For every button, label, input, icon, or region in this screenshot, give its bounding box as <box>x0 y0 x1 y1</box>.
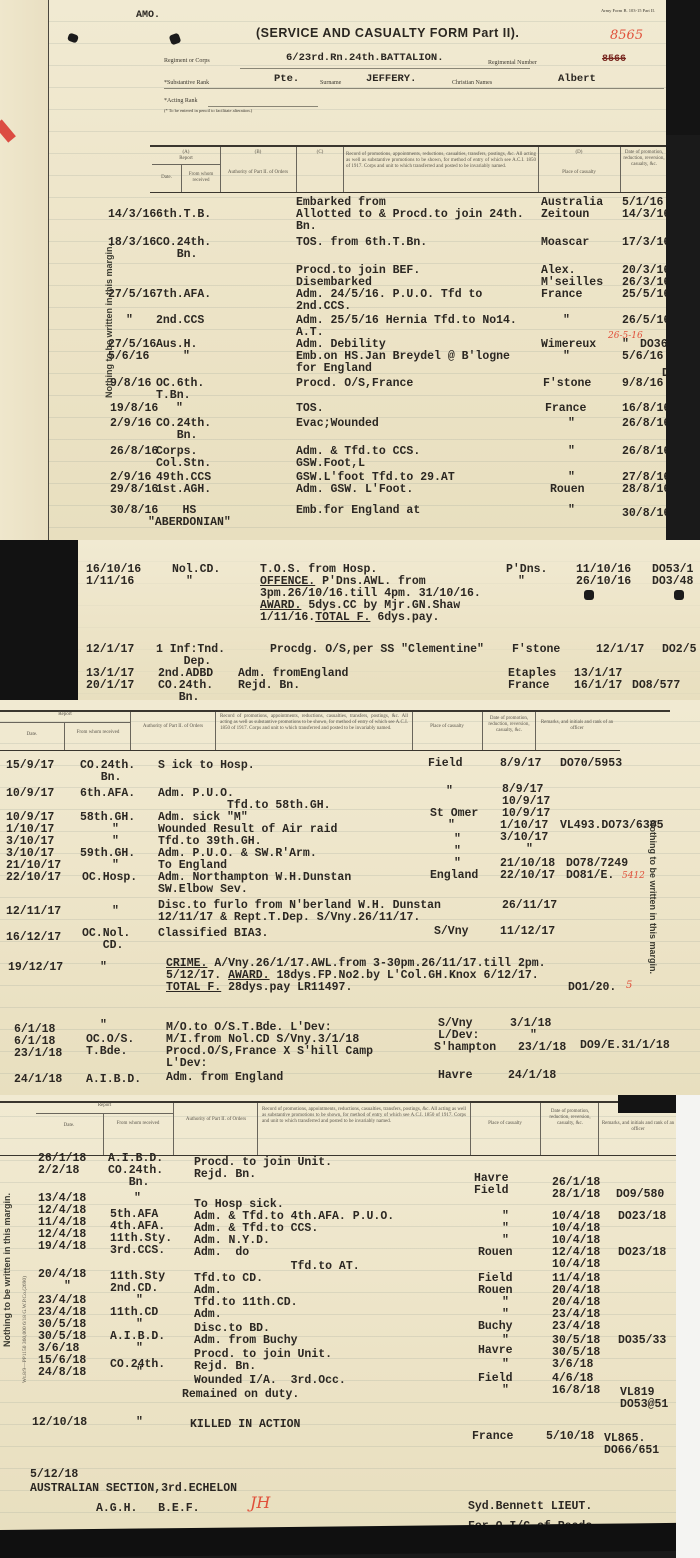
cell-text: P'Dns. <box>506 564 547 576</box>
background-white <box>676 1095 700 1558</box>
cell-text: 5/6/16 <box>622 351 663 363</box>
cell-text: 24/1/18 <box>14 1074 62 1086</box>
cell-text: DO23/18 <box>618 1211 666 1223</box>
cell-text: " <box>100 1020 107 1032</box>
cell-text: 23/1/18 <box>518 1042 566 1054</box>
christian-names-value: Albert <box>558 73 596 85</box>
rank-label: *Substantive Rank <box>164 80 209 86</box>
cell-text: 3/10/17 <box>500 832 548 844</box>
punch-hole <box>67 33 79 44</box>
record-entry: TOS. <box>296 403 324 415</box>
cell-text: Aus.H. <box>156 339 197 351</box>
cell-text: " <box>563 315 570 327</box>
record-entry: Classified BIA3. <box>158 928 268 940</box>
signatory: Syd.Bennett LIEUT. <box>468 1501 592 1513</box>
record-entry: Emb.for England at <box>296 505 420 517</box>
regiment-label: Regiment or Corps <box>164 58 210 64</box>
cell-text: Rouen <box>478 1247 513 1259</box>
rank-value: Pte. <box>274 73 299 85</box>
red-handwritten-number: 8565 <box>610 28 643 43</box>
cell-text: CO.24th. Bn. <box>108 1165 163 1189</box>
form-sheet-page-1: AMO. (SERVICE AND CASUALTY FORM Part II)… <box>48 0 666 540</box>
cell-text: " <box>448 820 455 832</box>
col-header-authority: Authority of Part II. of Orders <box>222 170 294 176</box>
cell-text: 2nd.CD. <box>110 1283 158 1295</box>
cell-text: 6th.T.B. <box>156 209 211 221</box>
christian-names-label: Christian Names <box>452 80 492 86</box>
cell-text: VL493.DO73/6305 <box>560 820 664 832</box>
cell-text: 12/1/17 <box>596 644 644 656</box>
cell-text: " <box>502 1385 509 1397</box>
cell-text: 12/10/18 <box>32 1417 87 1429</box>
cell-text: 20/4/18 <box>38 1269 86 1281</box>
red-annotation: 26-5-16 <box>608 330 643 342</box>
cell-text: Buchy <box>478 1321 513 1333</box>
cell-text: 8/9/17 10/9/17 <box>502 784 550 808</box>
col-header-date-of: Date of promotion, reduction, reversion,… <box>622 150 666 168</box>
record-entry: Adm. do <box>194 1247 249 1259</box>
cell-text: F'stone <box>512 644 560 656</box>
cell-text: 30/8/16 <box>622 508 666 520</box>
cell-text: 23/1/18 <box>14 1048 62 1060</box>
col-header-authority: Authority of Part II. of Orders <box>176 1117 256 1123</box>
cell-text: 1st.AGH. <box>156 484 211 496</box>
cell-text: VL865. DO66/651 <box>604 1433 659 1457</box>
cell-text: 12/11/17 <box>6 906 61 918</box>
record-entry: Disc.to furlo from N'berland W.H. Dunsta… <box>158 900 441 924</box>
cell-text: A.I.B.D. <box>86 1074 141 1086</box>
cell-text: Zeitoun <box>541 209 589 221</box>
cell-text: DO3/48 <box>652 576 693 588</box>
cell-text: 22/10/17 <box>500 870 555 882</box>
left-margin-strip: To be folded on this line. <box>0 0 48 540</box>
cell-text: " <box>563 351 570 363</box>
red-annotation: 5412 <box>622 870 645 882</box>
cell-text: 8/9/17 <box>500 758 541 770</box>
cell-text: " <box>526 844 533 856</box>
total-forfeit-label: TOTAL F. <box>315 611 370 624</box>
cell-text: " <box>446 786 453 798</box>
cell-text: 15/9/17 <box>6 760 54 772</box>
cell-text: VL819 DO53@51 <box>620 1387 668 1411</box>
cell-text: " <box>183 351 190 363</box>
footer-section: AUSTRALIAN SECTION,3rd.ECHELON <box>30 1483 237 1495</box>
cell-text: 14/3/16 <box>108 209 156 221</box>
record-entry: Emb.on HS.Jan Breydel @ B'logne for Engl… <box>296 351 510 375</box>
cell-text: 2/2/18 <box>38 1165 79 1177</box>
cell-text: Field <box>428 758 463 770</box>
col-header-from-whom: From whom received <box>104 1121 172 1127</box>
col-header-place: Place of casualty <box>472 1121 538 1127</box>
record-entry: Rejd. Bn. <box>194 1169 256 1181</box>
cell-text: " <box>64 1281 71 1293</box>
cell-text: OC.Nol. CD. <box>82 928 130 952</box>
record-entry: Evac;Wounded <box>296 418 379 430</box>
record-entry: Rejd. Bn. <box>238 680 300 692</box>
form-sheet-page-3: Report Date. From whom received Authorit… <box>0 700 700 1095</box>
cell-text: 3rd.CCS. <box>110 1245 165 1257</box>
cell-text: " <box>176 403 183 415</box>
cell-text: 11/12/17 <box>500 926 555 938</box>
footnote: (* To be entered in pencil to facilitate… <box>164 108 252 113</box>
form-ref-code: AMO. <box>136 10 160 21</box>
cell-text: Havre <box>478 1345 513 1357</box>
killed-in-action: KILLED IN ACTION <box>190 1419 300 1431</box>
record-entry: Adm. 24/5/16. P.U.O. Tfd to 2nd.CCS. <box>296 289 482 313</box>
cell-text: 9/8/16 <box>110 378 151 390</box>
cell-text: OC.6th. T.Bn. <box>156 378 204 402</box>
cell-text: 16/12/17 <box>6 932 61 944</box>
cell-text: 26/1/18 28/1/18 <box>552 1177 600 1201</box>
background-black <box>0 1523 676 1558</box>
form-sheet-page-2: 16/10/16 Nol.CD. T.O.S. from Hosp. P'Dns… <box>78 540 700 700</box>
cell-text: " <box>136 1417 143 1429</box>
cell-text: CO.24th. Bn. <box>80 760 135 784</box>
cell-text: 3/6/18 <box>552 1359 593 1371</box>
cell-text: 14/3/16 <box>622 209 666 221</box>
col-header-from-whom: From whom received <box>182 172 220 184</box>
background-black <box>0 540 78 700</box>
cell-text: Havre <box>438 1070 473 1082</box>
record-entry: Adm. & Tfd.to CCS. GSW.Foot,L <box>296 446 420 470</box>
cell-text: 16/1/17 <box>574 680 622 692</box>
cell-text: 11/4/18 <box>552 1261 600 1285</box>
record-entry: TOS. from 6th.T.Bn. <box>296 237 427 249</box>
cell-text: 26/5/16 <box>622 315 666 327</box>
col-header-record: Record of promotions, appointments, redu… <box>262 1107 466 1125</box>
cell-text: " <box>502 1359 509 1371</box>
cell-text: HS "ABERDONIAN" <box>148 505 231 529</box>
punch-hole <box>169 33 182 46</box>
cell-text: 11th.CD <box>110 1307 158 1319</box>
col-header-date: Date. <box>152 175 181 181</box>
cell-text: 58th.GH. <box>80 812 135 824</box>
cell-text: DO9/580 <box>616 1177 664 1201</box>
cell-text: 26/10/16 <box>576 576 631 588</box>
cell-text: 19/8/16 <box>110 403 158 415</box>
cell-text: " <box>134 1193 141 1205</box>
cell-text: 16/8/18 <box>552 1385 600 1397</box>
cell-text: F'stone <box>543 378 591 390</box>
cell-text: T.Bde. <box>86 1046 127 1058</box>
col-header-from-whom: From whom received <box>66 730 130 736</box>
acting-rank-label: *Acting Rank <box>164 98 198 104</box>
cell-text: Field <box>478 1261 513 1285</box>
record-entry: Procd.O/S,France X S'hill Camp L'Dev: <box>166 1046 373 1070</box>
cell-text: 24/1/18 <box>508 1070 556 1082</box>
cell-text: 1 Inf:Tnd. Dep. <box>156 644 225 668</box>
cell-text: 25/5/16 <box>622 289 666 301</box>
cell-text: Moascar <box>541 237 589 249</box>
cell-text: DO70/5953 <box>560 758 622 770</box>
army-form-number: Army Form B. 103-15 Part II. <box>593 8 663 13</box>
col-header-record: Record of promotions, appointments, redu… <box>346 152 536 170</box>
col-header-report: Report <box>0 712 130 718</box>
cell-text: Corps. Col.Stn. <box>156 446 211 470</box>
cell-text: " <box>568 505 575 517</box>
cell-text: 27/5/16 <box>108 289 156 301</box>
cell-text: OFFENCE. P'Dns.AWL. from 3pm.26/10/16.ti… <box>260 576 481 600</box>
cell-text: 20/1/17 <box>86 680 134 692</box>
cell-text: 29/8/16 <box>110 484 158 496</box>
cell-text: " <box>518 576 525 588</box>
cell-text: TOTAL F. 28dys.pay LR11497. <box>166 982 352 994</box>
cell-text: 7th.AFA. <box>156 289 211 301</box>
col-header-record: Record of promotions, appointments, redu… <box>220 714 408 732</box>
record-entry: Adm. from Buchy <box>194 1335 298 1347</box>
cell-text: DO1/20. <box>568 982 616 994</box>
nothing-written-margin-label: Nothing to be written in this margin. <box>104 244 114 398</box>
cell-text: " <box>136 1343 143 1355</box>
cell-text: " <box>568 418 575 430</box>
cell-text: 26/8/16 <box>622 418 666 430</box>
col-header-report: Report <box>152 156 220 162</box>
cell-text: Nol.CD. <box>172 564 220 576</box>
cell-text: Havre Field <box>474 1173 509 1197</box>
col-header-remarks: Remarks, and initials and rank of an off… <box>537 720 617 732</box>
cell-text: " <box>186 576 193 588</box>
cell-text: " <box>568 446 575 458</box>
record-entry: S ick to Hosp. <box>158 760 255 772</box>
record-entry: Procd.to join BEF. Disembarked <box>296 265 420 289</box>
cell-text: DO9/E.31/1/18 <box>580 1040 670 1052</box>
cell-text: 59th.GH. <box>80 848 135 860</box>
cell-text: " <box>126 315 133 327</box>
regiment-value: 6/23rd.Rn.24th.BATTALION. <box>286 52 444 64</box>
surname-value: JEFFERY. <box>366 73 416 85</box>
record-entry: Remained on duty. <box>182 1389 299 1401</box>
cell-text: DO35/33 <box>618 1335 666 1347</box>
red-annotation: 5 <box>626 980 632 992</box>
cell-text: France <box>545 403 586 415</box>
cell-text: DO81/E. <box>566 870 614 882</box>
nothing-written-margin-label: Nothing to be written in this margin. <box>2 1193 12 1347</box>
cell-text: " <box>136 1367 143 1379</box>
col-header-date: Date. <box>36 1123 102 1129</box>
cell-text: 24/8/18 <box>38 1367 86 1379</box>
col-header-remarks: Remarks, and initials and rank of an off… <box>600 1121 676 1133</box>
cell-text: 1/11/16.TOTAL F. 6dys.pay. <box>260 612 439 624</box>
regimental-number-value: 8566 <box>602 54 626 65</box>
cell-text: 18/3/16 <box>108 237 156 249</box>
regimental-number-label: Regimental Number <box>488 60 537 66</box>
cell-text: 10/9/17 <box>6 788 54 800</box>
cell-text: 17/3/16 <box>622 237 666 249</box>
record-entry: Adm. <box>194 1309 222 1321</box>
punch-hole <box>584 590 594 600</box>
cell-text: 12/1/17 <box>86 644 134 656</box>
record-entry: Adm. GSW. L'Foot. <box>296 484 413 496</box>
cell-text: 2/9/16 <box>110 418 151 430</box>
printer-imprint: Wt.8/9—PP1150 360,000 6/18 G.W.P.Co.(269… <box>22 1276 28 1383</box>
cell-text: 19/4/18 <box>38 1241 86 1253</box>
cell-text: CO.24th. Bn. <box>156 237 211 261</box>
cell-text: OC.Hosp. <box>82 872 137 884</box>
background-black <box>666 0 700 135</box>
record-entry: Wounded I/A. 3rd.Occ. <box>194 1375 346 1387</box>
cell-text: Rouen <box>550 484 585 496</box>
record-entry: Adm. from England <box>166 1072 283 1084</box>
cell-text: 19/12/17 <box>8 962 63 974</box>
cell-text: CO.24th. Bn. <box>158 680 213 700</box>
cell-text: 5/6/16 <box>108 351 149 363</box>
surname-label: Surname <box>320 80 341 86</box>
cell-text: France <box>472 1431 513 1443</box>
cell-text: England <box>430 870 478 882</box>
record-entry: Adm. Northampton W.H.Dunstan SW.Elbow Se… <box>158 872 351 896</box>
cell-text: 1/11/16 <box>86 576 134 588</box>
record-entry: Allotted to & Procd.to join 24th. Bn. <box>296 209 524 233</box>
cell-text: 22/10/17 <box>6 872 61 884</box>
cell-text: DO23/18 <box>618 1247 666 1259</box>
col-header-report: Report <box>36 1103 173 1109</box>
cell-text: 23/4/18 <box>552 1321 600 1333</box>
col-header-authority: Authority of Part II. of Orders <box>132 724 214 730</box>
punch-hole <box>674 590 684 600</box>
cell-text: 6th.AFA. <box>80 788 135 800</box>
cell-text: 2nd.CCS <box>156 315 204 327</box>
cell-text: " <box>100 962 107 974</box>
record-entry: Tfd.to AT. Tfd.to CD. <box>194 1261 360 1285</box>
col-header-date-of: Date of promotion, reduction, reversion,… <box>542 1109 598 1127</box>
col-header-date: Date. <box>0 732 64 738</box>
cell-text: 26/8/16 <box>622 446 666 458</box>
cell-text: 9/8/16 <box>622 378 663 390</box>
cell-text: Alex. M'seilles <box>541 265 603 289</box>
col-header-date-of: Date of promotion, reduction, reversion,… <box>484 716 534 734</box>
record-entry: Procdg. O/S,per SS "Clementine" <box>270 644 484 656</box>
cell-text: 26/11/17 <box>502 900 557 912</box>
cell-text: 16/8/16 <box>622 403 666 415</box>
cell-text: 20/3/16 26/3/16 <box>622 265 666 289</box>
footer-date: 5/12/18 <box>30 1469 78 1481</box>
col-header-place: Place of casualty <box>414 724 480 730</box>
cell-text: 28/8/16 <box>622 484 666 496</box>
record-entry: Procd. O/S,France <box>296 378 413 390</box>
cell-text: S'hampton <box>434 1042 496 1054</box>
cell-text: CO.24th. Bn. <box>156 418 211 442</box>
cell-text: DO2/5 <box>662 644 697 656</box>
col-header-place: Place of casualty <box>540 170 618 176</box>
form-title: (SERVICE AND CASUALTY FORM Part II). <box>256 26 519 40</box>
red-initials: JH <box>250 1497 270 1509</box>
form-sheet-page-4: Report Date. From whom received Authorit… <box>0 1095 676 1535</box>
record-entry: Adm. 25/5/16 Hernia Tfd.to No14. A.T. <box>296 315 517 339</box>
cell-text: 26/8/16 <box>110 446 158 458</box>
fold-line <box>48 0 49 540</box>
nothing-written-margin-label: Nothing to be written in this margin. <box>648 820 658 974</box>
total-forfeit-label: TOTAL F. <box>166 981 221 994</box>
cell-text: France <box>508 680 549 692</box>
cell-text: 5/10/18 <box>546 1431 594 1443</box>
cell-text: " <box>112 906 119 918</box>
cell-text: S/Vny <box>434 926 469 938</box>
record-entry: Rejd. Bn. <box>194 1361 256 1373</box>
background-black <box>618 1095 676 1113</box>
record-entry: Adm. P.U.O. Tfd.to 58th.GH. <box>158 788 331 812</box>
footer-agh: A.G.H. B.E.F. <box>96 1503 200 1515</box>
cell-text: France <box>541 289 582 301</box>
cell-text: DO8/577 <box>632 680 680 692</box>
